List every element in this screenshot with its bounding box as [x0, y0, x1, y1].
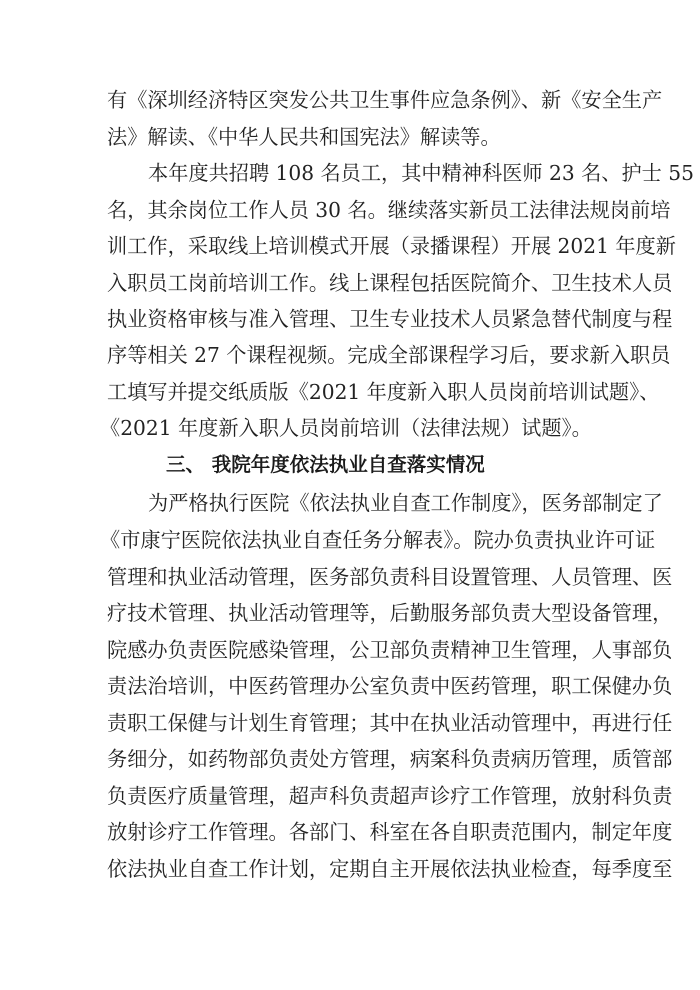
text-line: 法》解读、《中华人民共和国宪法》解读等。 [107, 124, 593, 150]
text-line: 务细分，如药物部负责处方管理，病案科负责病历管理，质管部 [107, 746, 593, 772]
text-line: 执业资格审核与准入管理、卫生专业技术人员紧急替代制度与程 [107, 306, 593, 332]
text-line: 管理和执业活动管理，医务部负责科目设置管理、人员管理、医 [107, 564, 593, 590]
text-line: 疗技术管理、执业活动管理等，后勤服务部负责大型设备管理， [107, 600, 593, 626]
text-line: 依法执业自查工作计划，定期自主开展依法执业检查，每季度至 [107, 856, 593, 882]
text-line: 有《深圳经济特区突发公共卫生事件应急条例》、新《安全生产 [107, 87, 593, 113]
text-line: 《市康宁医院依法执业自查任务分解表》。院办负责执业许可证 [100, 527, 593, 553]
text-line: 序等相关 27 个课程视频。完成全部课程学习后，要求新入职员 [107, 342, 593, 368]
text-line: 放射诊疗工作管理。各部门、科室在各自职责范围内，制定年度 [107, 819, 593, 845]
text-line: 负责医疗质量管理，超声科负责超声诊疗工作管理，放射科负责 [107, 783, 593, 809]
section-heading: 三、 我院年度依法执业自查落实情况 [166, 452, 485, 478]
text-line: 本年度共招聘 108 名员工，其中精神科医师 23 名、护士 55 [148, 160, 593, 186]
text-line: 责法治培训，中医药管理办公室负责中医药管理，职工保健办负 [107, 673, 593, 699]
text-line: 为严格执行医院《依法执业自查工作制度》，医务部制定了 [148, 490, 593, 516]
text-line: 工填写并提交纸质版《2021 年度新入职人员岗前培训试题》、 [107, 379, 593, 405]
text-line: 入职员工岗前培训工作。线上课程包括医院简介、卫生技术人员 [107, 270, 593, 296]
text-line: 名，其余岗位工作人员 30 名。继续落实新员工法律法规岗前培 [107, 197, 593, 223]
text-line: 院感办负责医院感染管理，公卫部负责精神卫生管理，人事部负 [107, 637, 593, 663]
text-line: 《2021 年度新入职人员岗前培训（法律法规）试题》。 [100, 415, 586, 441]
text-line: 责职工保健与计划生育管理；其中在执业活动管理中，再进行任 [107, 710, 593, 736]
document-page: 有《深圳经济特区突发公共卫生事件应急条例》、新《安全生产 法》解读、《中华人民共… [0, 0, 700, 990]
text-line: 训工作，采取线上培训模式开展（录播课程）开展 2021 年度新 [107, 233, 593, 259]
